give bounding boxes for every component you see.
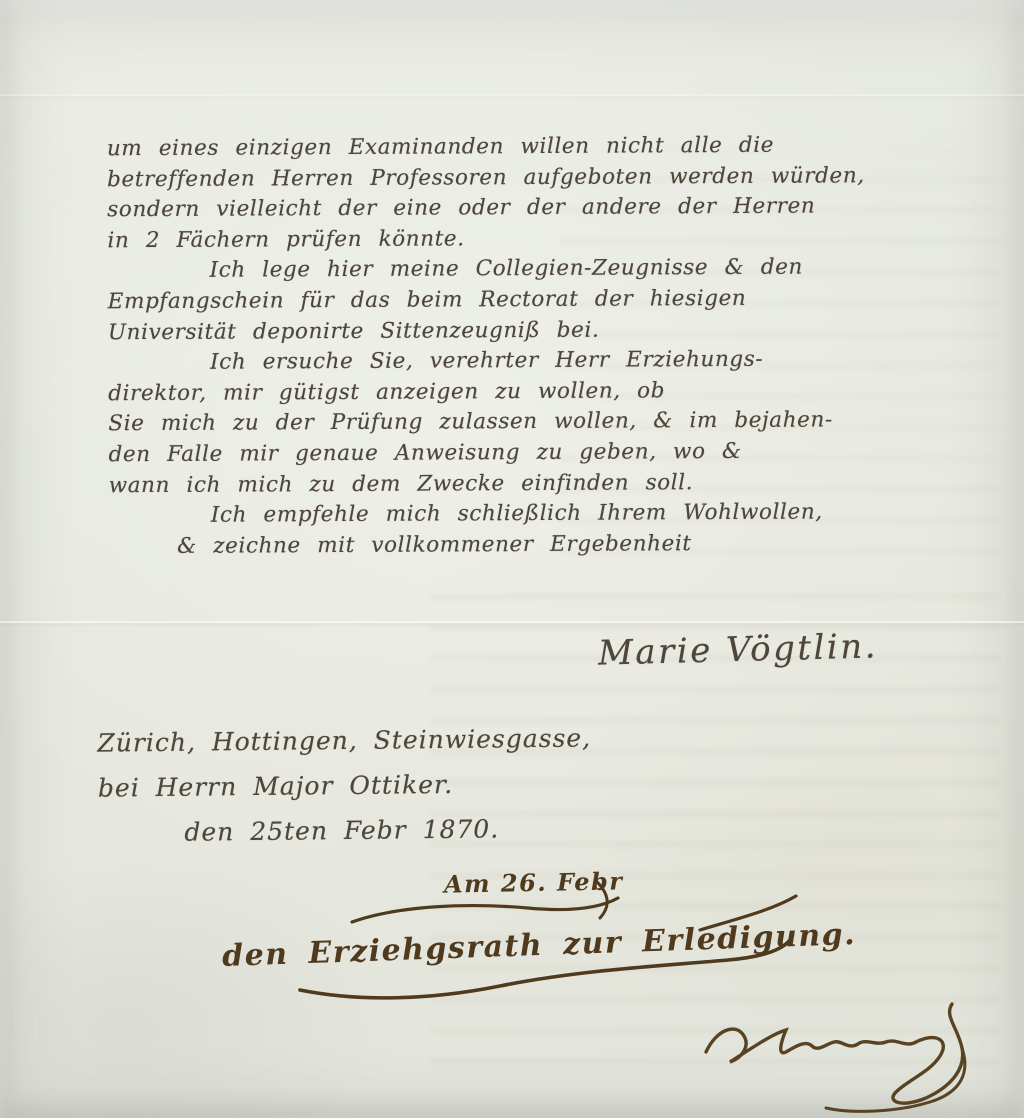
letter-line: um eines einzigen Examinanden willen nic… <box>107 132 957 167</box>
fold-crease <box>0 94 1024 96</box>
signature-marie-voegtlin: Marie Vögtlin. <box>598 626 879 673</box>
address-line-city: Zürich, Hottingen, Steinwiesgasse, <box>97 723 591 773</box>
registrar-date-note: Am 26. Febr <box>444 866 624 898</box>
letter-line: in 2 Fächern prüfen könnte. <box>107 224 957 259</box>
date-line: den 25ten Febr 1870. <box>98 813 592 863</box>
letter-line: Sie mich zu der Prüfung zulassen wollen,… <box>108 407 958 442</box>
address-line-host: bei Herrn Major Ottiker. <box>98 768 592 818</box>
flourish-underline-small <box>352 898 618 922</box>
fold-crease <box>0 621 1024 623</box>
letter-body: um eines einzigen Examinanden willen nic… <box>107 132 959 565</box>
manuscript-page: um eines einzigen Examinanden willen nic… <box>0 0 1024 1118</box>
letter-line: Empfangschein für das beim Rectorat der … <box>108 285 958 320</box>
registrar-disposition-note: den Erziehgsrath zur Erledigung. <box>222 917 857 974</box>
letter-line: betreffenden Herren Professoren aufgebot… <box>107 162 957 197</box>
address-block: Zürich, Hottingen, Steinwiesgasse, bei H… <box>97 723 592 863</box>
letter-line: Ich lege hier meine Collegien-Zeugnisse … <box>108 254 958 289</box>
letter-line: Ich ersuche Sie, verehrter Herr Erziehun… <box>108 346 958 381</box>
letter-line: & zeichne mit vollkommener Ergebenheit <box>109 529 959 564</box>
letter-line: Ich empfehle mich schließlich Ihrem Wohl… <box>109 499 959 534</box>
registrar-paraph-signature <box>706 1004 965 1111</box>
letter-line: den Falle mir genaue Anweisung zu geben,… <box>108 438 958 473</box>
letter-line: sondern vielleicht der eine oder der and… <box>107 193 957 228</box>
letter-line: wann ich mich zu dem Zwecke einfinden so… <box>109 468 959 503</box>
letter-line: direktor, mir gütigst anzeigen zu wollen… <box>108 377 958 412</box>
letter-line: Universität deponirte Sittenzeugniß bei. <box>108 315 958 350</box>
